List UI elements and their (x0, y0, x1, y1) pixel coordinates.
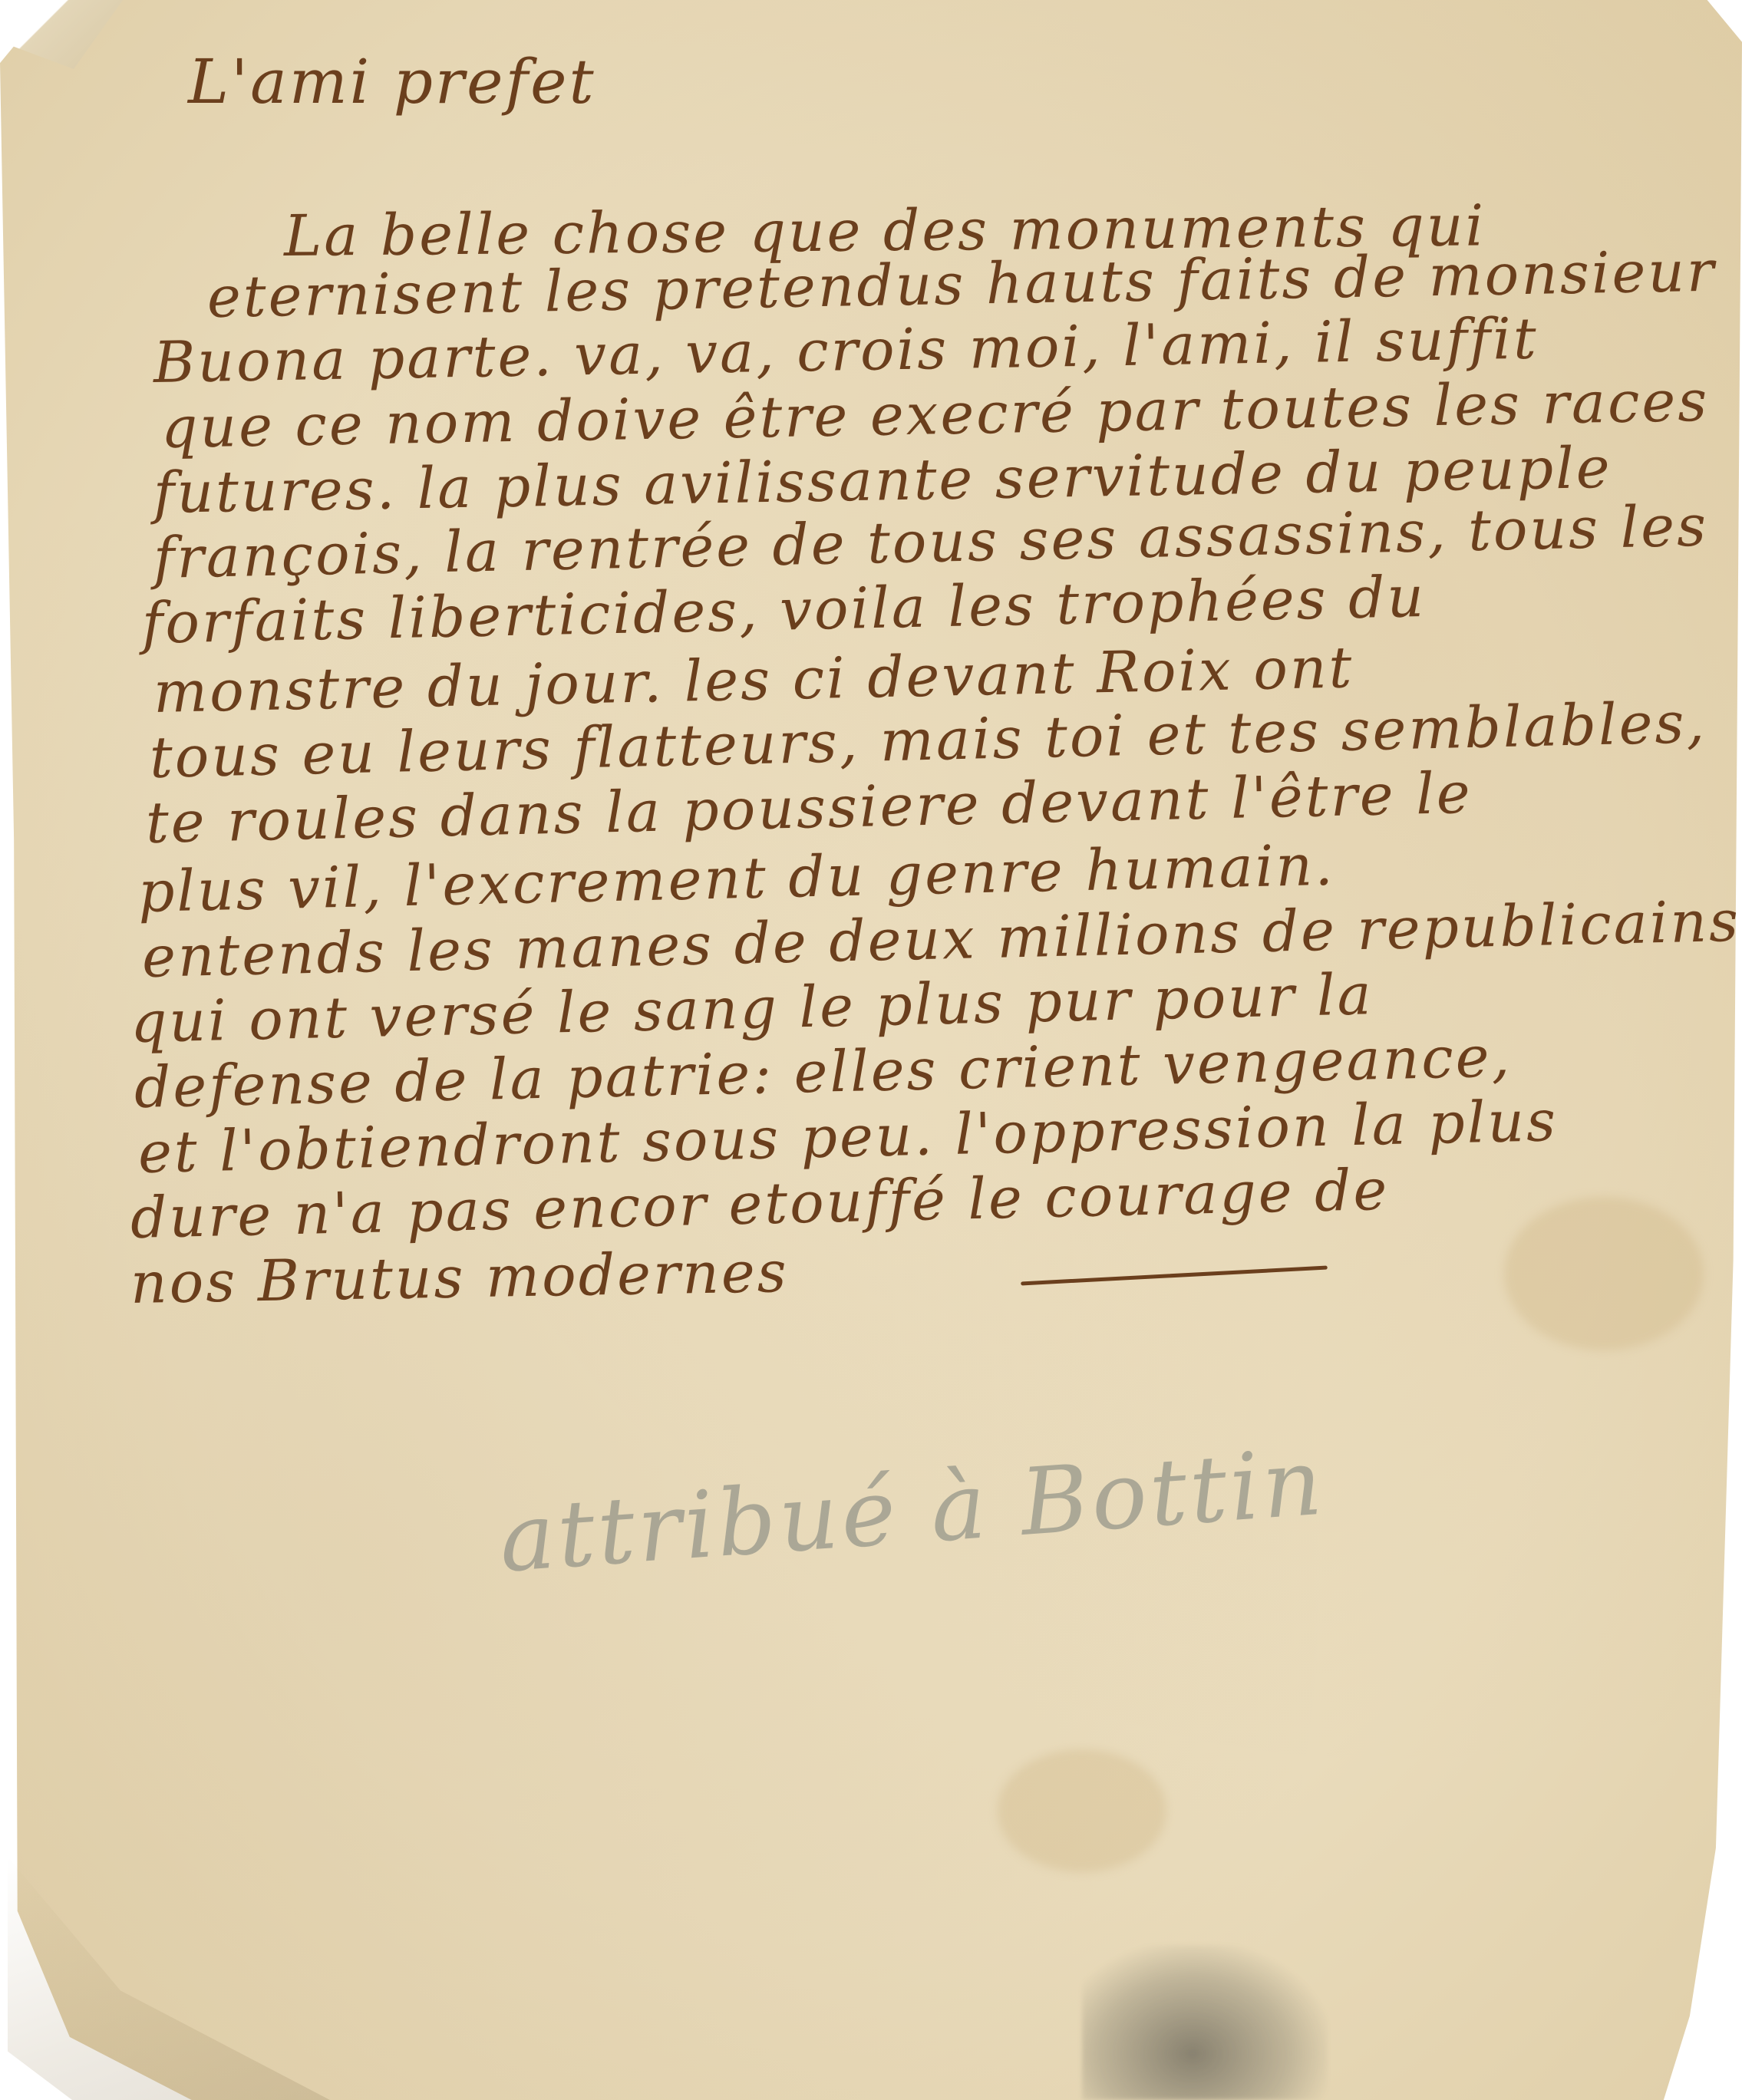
closing-flourish-line (1021, 1266, 1328, 1286)
manuscript-text: L'ami prefet La belle chose que des monu… (0, 0, 1742, 2100)
body-line: nos Brutus modernes (130, 1239, 789, 1317)
salutation: L'ami prefet (188, 46, 596, 117)
